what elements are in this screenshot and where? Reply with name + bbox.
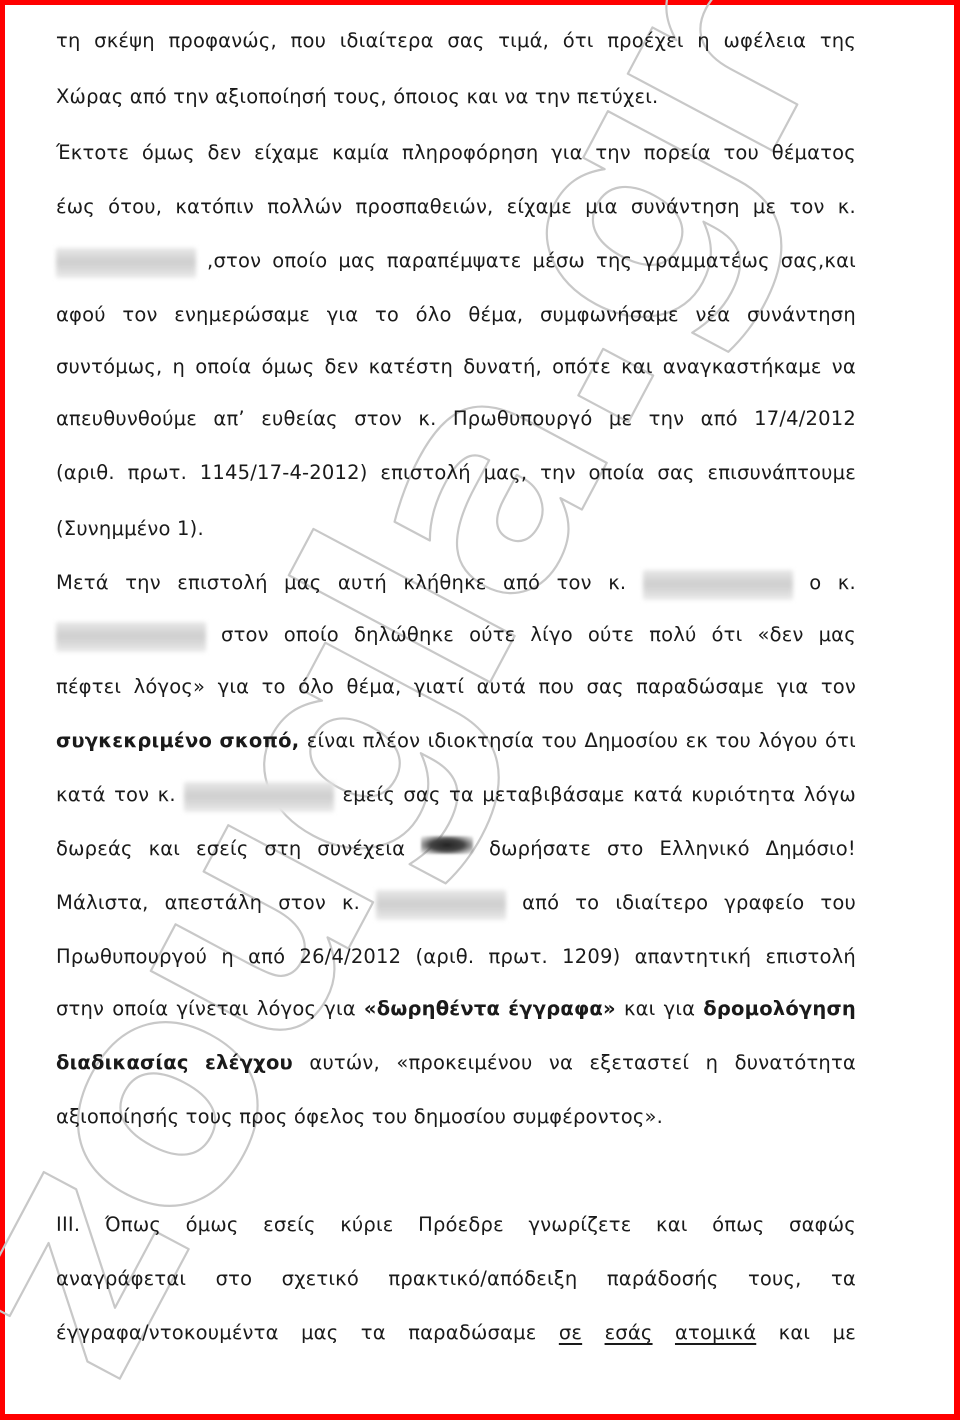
word: καμία: [332, 140, 389, 166]
word: λόγος: [257, 996, 316, 1022]
word: εμείς: [342, 782, 395, 812]
word: τον: [122, 302, 157, 328]
word: θέμα,: [346, 674, 401, 700]
word: νέα: [695, 302, 730, 328]
text-segment: (Συνημμένο 1).: [56, 517, 204, 540]
text-line: ΙΙΙ.ΌπωςόμωςεσείςκύριεΠρόεδρεγνωρίζετεκα…: [56, 1212, 856, 1238]
word: στον: [278, 890, 326, 920]
word: αναγράφεται: [56, 1266, 186, 1292]
word: στην: [56, 996, 104, 1022]
word: αφού: [56, 302, 106, 328]
word: οποία: [112, 996, 168, 1022]
word: στη: [264, 836, 301, 862]
word: δυνατή,: [463, 354, 542, 380]
word: του: [820, 890, 856, 920]
word: ωφέλεια: [724, 28, 807, 54]
word: συγκεκριμένο: [56, 728, 212, 754]
word: 1209): [562, 944, 620, 970]
word: επιστολή: [380, 460, 470, 486]
text-line: αξιοποίησής τους προς όφελος του δημοσίο…: [56, 1104, 856, 1130]
word: τον: [821, 674, 856, 700]
text-line: απευθυνθούμεαπ’ευθείαςστονκ.Πρωθυπουργόμ…: [56, 406, 856, 432]
word: γίνεται: [176, 996, 248, 1022]
word: που: [539, 674, 575, 700]
word: κατά: [56, 782, 106, 812]
word: του: [715, 728, 751, 754]
word: Έκτοτε: [56, 140, 129, 166]
word: πορεία: [644, 140, 711, 166]
text-line: αναγράφεταιστοσχετικόπρακτικό/απόδειξηπα…: [56, 1266, 856, 1292]
text-line: πέφτειλόγος»γιατοόλοθέμα,γιατίαυτάπουσας…: [56, 674, 856, 700]
word: και: [779, 1320, 811, 1346]
word: για: [324, 996, 356, 1022]
word: επισυνάπτουμε: [707, 460, 856, 486]
word: παράδοσής: [607, 1266, 719, 1292]
word: προέχει: [607, 28, 683, 54]
redacted-name-blur: [56, 248, 196, 278]
word: σε: [559, 1320, 582, 1346]
word: σας: [447, 28, 484, 54]
word: μια: [585, 194, 617, 220]
text-line: συντόμως,ηοποίαόμωςδενκατέστηδυνατή,οπότ…: [56, 354, 856, 380]
word: όμως: [261, 354, 314, 380]
word: της: [820, 28, 856, 54]
word: (αριθ.: [416, 944, 475, 970]
word: θέματος: [772, 140, 856, 166]
word: σας: [586, 674, 623, 700]
word: 17/4/2012: [754, 406, 856, 432]
word: την: [125, 570, 161, 600]
word: αυτών,: [309, 1050, 380, 1076]
word: έγγραφα/ντοκουμέντα: [56, 1320, 279, 1346]
word: επιστολή: [177, 570, 267, 600]
word: η: [173, 354, 186, 380]
word: συντόμως,: [56, 354, 162, 380]
word: πλέον: [363, 728, 421, 754]
word: είναι: [307, 728, 355, 754]
word: εξεταστεί: [590, 1050, 690, 1076]
word: πρακτικό/απόδειξη: [388, 1266, 577, 1292]
word: σας,και: [781, 248, 856, 278]
word: λόγου: [758, 728, 817, 754]
text-line: στονοποίοδηλώθηκεούτελίγοούτεπολύότι«δεν…: [56, 622, 856, 652]
word: στο: [607, 836, 644, 862]
word: ιδιοκτησία: [428, 728, 534, 754]
word: ΙΙΙ.: [56, 1212, 80, 1238]
word: όπως: [712, 1212, 764, 1238]
word: την: [595, 140, 631, 166]
word: εσάς: [605, 1320, 653, 1346]
text-line: τησκέψηπροφανώς,πουιδιαίτερασαςτιμά,ότιπ…: [56, 28, 856, 54]
word: τα: [449, 782, 474, 812]
word: Πρωθυπουργού: [56, 944, 207, 970]
word: συνέχεια: [317, 836, 405, 862]
word: Όπως: [105, 1212, 161, 1238]
text-line: έγγραφα/ντοκουμένταμαςταπαραδώσαμεσεεσάς…: [56, 1320, 856, 1346]
word: δεν: [325, 354, 359, 380]
word: ότου,: [108, 194, 162, 220]
word: εσείς: [263, 1212, 315, 1238]
word: ότι: [563, 28, 594, 54]
word: οποίο: [272, 248, 327, 278]
word: αυτά: [477, 674, 527, 700]
word: τους,: [748, 1266, 802, 1292]
word: μας: [338, 248, 375, 278]
word: εσείς: [196, 836, 248, 862]
word: Ελληνικό: [659, 836, 749, 862]
word: όμως: [186, 1212, 239, 1238]
word: λίγο: [530, 622, 572, 652]
word: οπότε: [552, 354, 611, 380]
word: κλήθηκε: [403, 570, 486, 600]
word: του: [723, 140, 759, 166]
text-line: συγκεκριμένοσκοπό,είναιπλέονιδιοκτησίατο…: [56, 728, 856, 754]
word: δηλώθηκε: [354, 622, 454, 652]
word: σας: [403, 782, 440, 812]
word: Δημόσιο!: [766, 836, 856, 862]
word: τον: [114, 782, 149, 812]
scanned-letter-page: τησκέψηπροφανώς,πουιδιαίτερασαςτιμά,ότιπ…: [0, 0, 960, 1420]
word: να: [549, 1050, 573, 1076]
word: θέμα,: [468, 302, 523, 328]
word: οποίο: [284, 622, 339, 652]
text-line: κατάτονκ.εμείςσαςταμεταβιβάσαμεκατάκυριό…: [56, 782, 856, 812]
ink-smudge: [421, 836, 473, 854]
word: είχαμε: [507, 194, 572, 220]
word: μεταβιβάσαμε: [482, 782, 624, 812]
text-line: Μάλιστα,απεστάληστονκ.απότοιδιαίτερογραφ…: [56, 890, 856, 920]
word: με: [833, 1320, 856, 1346]
word: σας: [657, 460, 694, 486]
word: συμφωνήσαμε: [540, 302, 679, 328]
word: και: [149, 836, 181, 862]
word: εκ: [686, 728, 708, 754]
word: γνωρίζετε: [528, 1212, 631, 1238]
word: η: [706, 1050, 719, 1076]
redacted-name-blur: [643, 570, 793, 600]
word: έγγραφα»: [508, 996, 616, 1022]
word: σκέψη: [94, 28, 155, 54]
redacted-name-blur: [184, 782, 334, 812]
text-line: Μετάτηνεπιστολήμαςαυτήκλήθηκεαπότονκ.οκ.: [56, 570, 856, 600]
word: και: [656, 1212, 688, 1238]
word: γραφείο: [724, 890, 804, 920]
text-line: διαδικασίαςελέγχουαυτών,«προκειμένουναεξ…: [56, 1050, 856, 1076]
word: λόγος»: [134, 674, 206, 700]
word: στον: [354, 406, 402, 432]
word: διαδικασίας: [56, 1050, 189, 1076]
word: από: [248, 944, 285, 970]
word: παραδώσαμε: [636, 674, 764, 700]
word: απαντητική: [635, 944, 752, 970]
word: τον: [789, 194, 824, 220]
word: μας: [284, 570, 321, 600]
word: τη: [56, 28, 81, 54]
word: για: [777, 674, 809, 700]
word: από: [701, 406, 738, 432]
word: να: [832, 354, 856, 380]
word: και: [621, 354, 653, 380]
word: αυτή: [338, 570, 387, 600]
word: «δεν: [757, 622, 803, 652]
word: παραπέμψατε: [387, 248, 522, 278]
word: προφανώς,: [168, 28, 276, 54]
text-line: στηνοποίαγίνεταιλόγοςγια«δωρηθένταέγγραφ…: [56, 996, 856, 1022]
word: κατόπιν: [175, 194, 254, 220]
word: από: [522, 890, 559, 920]
word: όλο: [416, 302, 452, 328]
word: κ.: [158, 782, 176, 812]
word: ελέγχου: [205, 1050, 293, 1076]
word: της: [596, 248, 632, 278]
word: 1145/17-4-2012): [200, 460, 368, 486]
word: προσπαθειών,: [356, 194, 494, 220]
word: σχετικό: [282, 1266, 359, 1292]
text-line: δωρεάςκαιεσείςστησυνέχειαδωρήσατεστοΕλλη…: [56, 836, 856, 862]
word: ο: [809, 570, 821, 600]
word: κύριε: [340, 1212, 393, 1238]
word: συνάντηση: [747, 302, 856, 328]
word: Δημοσίου: [584, 728, 678, 754]
word: κυριότητα: [691, 782, 795, 812]
word: όμως: [142, 140, 195, 166]
word: παραδώσαμε: [408, 1320, 536, 1346]
word: ούτε: [469, 622, 515, 652]
word: πρωτ.: [128, 460, 187, 486]
word: στον: [221, 622, 269, 652]
word: πρωτ.: [489, 944, 548, 970]
word: ,στον: [207, 248, 261, 278]
word: δωρήσατε: [489, 836, 591, 862]
word: πληροφόρηση: [402, 140, 538, 166]
word: Μετά: [56, 570, 109, 600]
word: Μάλιστα,: [56, 890, 149, 920]
word: δωρεάς: [56, 836, 133, 862]
text-line: έωςότου,κατόπινπολλώνπροσπαθειών,είχαμεμ…: [56, 194, 856, 220]
word: πολύ: [649, 622, 696, 652]
word: για: [664, 996, 696, 1022]
word: κ.: [838, 194, 856, 220]
word: με: [753, 194, 776, 220]
text-line: Έκτοτεόμωςδενείχαμεκαμίαπληροφόρησηγιατη…: [56, 140, 856, 166]
word: με: [609, 406, 632, 432]
word: σκοπό,: [219, 728, 299, 754]
word: τον: [557, 570, 592, 600]
word: η: [697, 28, 710, 54]
word: επιστολή: [765, 944, 855, 970]
word: οποία: [589, 460, 645, 486]
word: το: [262, 674, 286, 700]
word: ιδιαίτερο: [615, 890, 708, 920]
word: η: [221, 944, 234, 970]
word: είχαμε: [254, 140, 319, 166]
word: τα: [361, 1320, 386, 1346]
word: πολλών: [267, 194, 342, 220]
word: μας: [301, 1320, 338, 1346]
word: στο: [216, 1266, 253, 1292]
text-line: αφούτονενημερώσαμεγιατοόλοθέμα,συμφωνήσα…: [56, 302, 856, 328]
word: μας,: [484, 460, 528, 486]
text-line: Πρωθυπουργούηαπό26/4/2012(αριθ.πρωτ.1209…: [56, 944, 856, 970]
word: και: [624, 996, 656, 1022]
word: πέφτει: [56, 674, 121, 700]
word: το: [575, 890, 599, 920]
word: ούτε: [588, 622, 634, 652]
word: 26/4/2012: [299, 944, 401, 970]
text-line: ,στονοποίομαςπαραπέμψατεμέσωτηςγραμματέω…: [56, 248, 856, 278]
redacted-name-blur: [376, 890, 506, 920]
text-line: Χώρας από την αξιοποίησή τους, όποιος κα…: [56, 84, 856, 110]
word: ατομικά: [675, 1320, 756, 1346]
word: κ.: [838, 570, 856, 600]
word: κατά: [633, 782, 683, 812]
redacted-name-blur: [56, 622, 206, 652]
word: δρομολόγηση: [703, 996, 856, 1022]
word: ότι: [712, 622, 743, 652]
word: που: [291, 28, 327, 54]
word: λόγω: [804, 782, 856, 812]
word: ενημερώσαμε: [174, 302, 310, 328]
word: «δωρηθέντα: [364, 996, 500, 1022]
word: το: [375, 302, 399, 328]
word: γιατί: [414, 674, 464, 700]
word: γραμματέως: [643, 248, 770, 278]
word: δεν: [207, 140, 241, 166]
text-segment: αξιοποίησής τους προς όφελος του δημοσίο…: [56, 1105, 663, 1128]
word: τα: [831, 1266, 856, 1292]
word: για: [327, 302, 359, 328]
word: κ.: [608, 570, 626, 600]
word: του: [541, 728, 577, 754]
word: ευθείας: [261, 406, 338, 432]
text-line: (αριθ.πρωτ.1145/17-4-2012)επιστολήμας,τη…: [56, 460, 856, 486]
word: τιμά,: [498, 28, 549, 54]
text-line: (Συνημμένο 1).: [56, 516, 856, 542]
word: από: [503, 570, 540, 600]
word: μας: [819, 622, 856, 652]
word: απ’: [213, 406, 244, 432]
word: κ.: [342, 890, 360, 920]
word: σαφώς: [789, 1212, 856, 1238]
word: την: [540, 460, 576, 486]
word: ότι: [825, 728, 856, 754]
word: (αριθ.: [56, 460, 115, 486]
word: «προκειμένου: [396, 1050, 532, 1076]
word: μέσω: [533, 248, 585, 278]
word: οποία: [195, 354, 251, 380]
word: για: [551, 140, 583, 166]
text-segment: Χώρας από την αξιοποίησή τους, όποιος κα…: [56, 85, 658, 108]
word: κ.: [418, 406, 436, 432]
word: Πρόεδρε: [418, 1212, 504, 1238]
word: απευθυνθούμε: [56, 406, 197, 432]
word: κατέστη: [369, 354, 454, 380]
word: απεστάλη: [165, 890, 263, 920]
word: ιδιαίτερα: [340, 28, 434, 54]
word: για: [218, 674, 250, 700]
word: την: [649, 406, 685, 432]
word: αναγκαστήκαμε: [663, 354, 822, 380]
word: έως: [56, 194, 95, 220]
word: συνάντηση: [631, 194, 740, 220]
word: Πρωθυπουργό: [453, 406, 593, 432]
word: όλο: [298, 674, 334, 700]
word: δυνατότητα: [735, 1050, 856, 1076]
